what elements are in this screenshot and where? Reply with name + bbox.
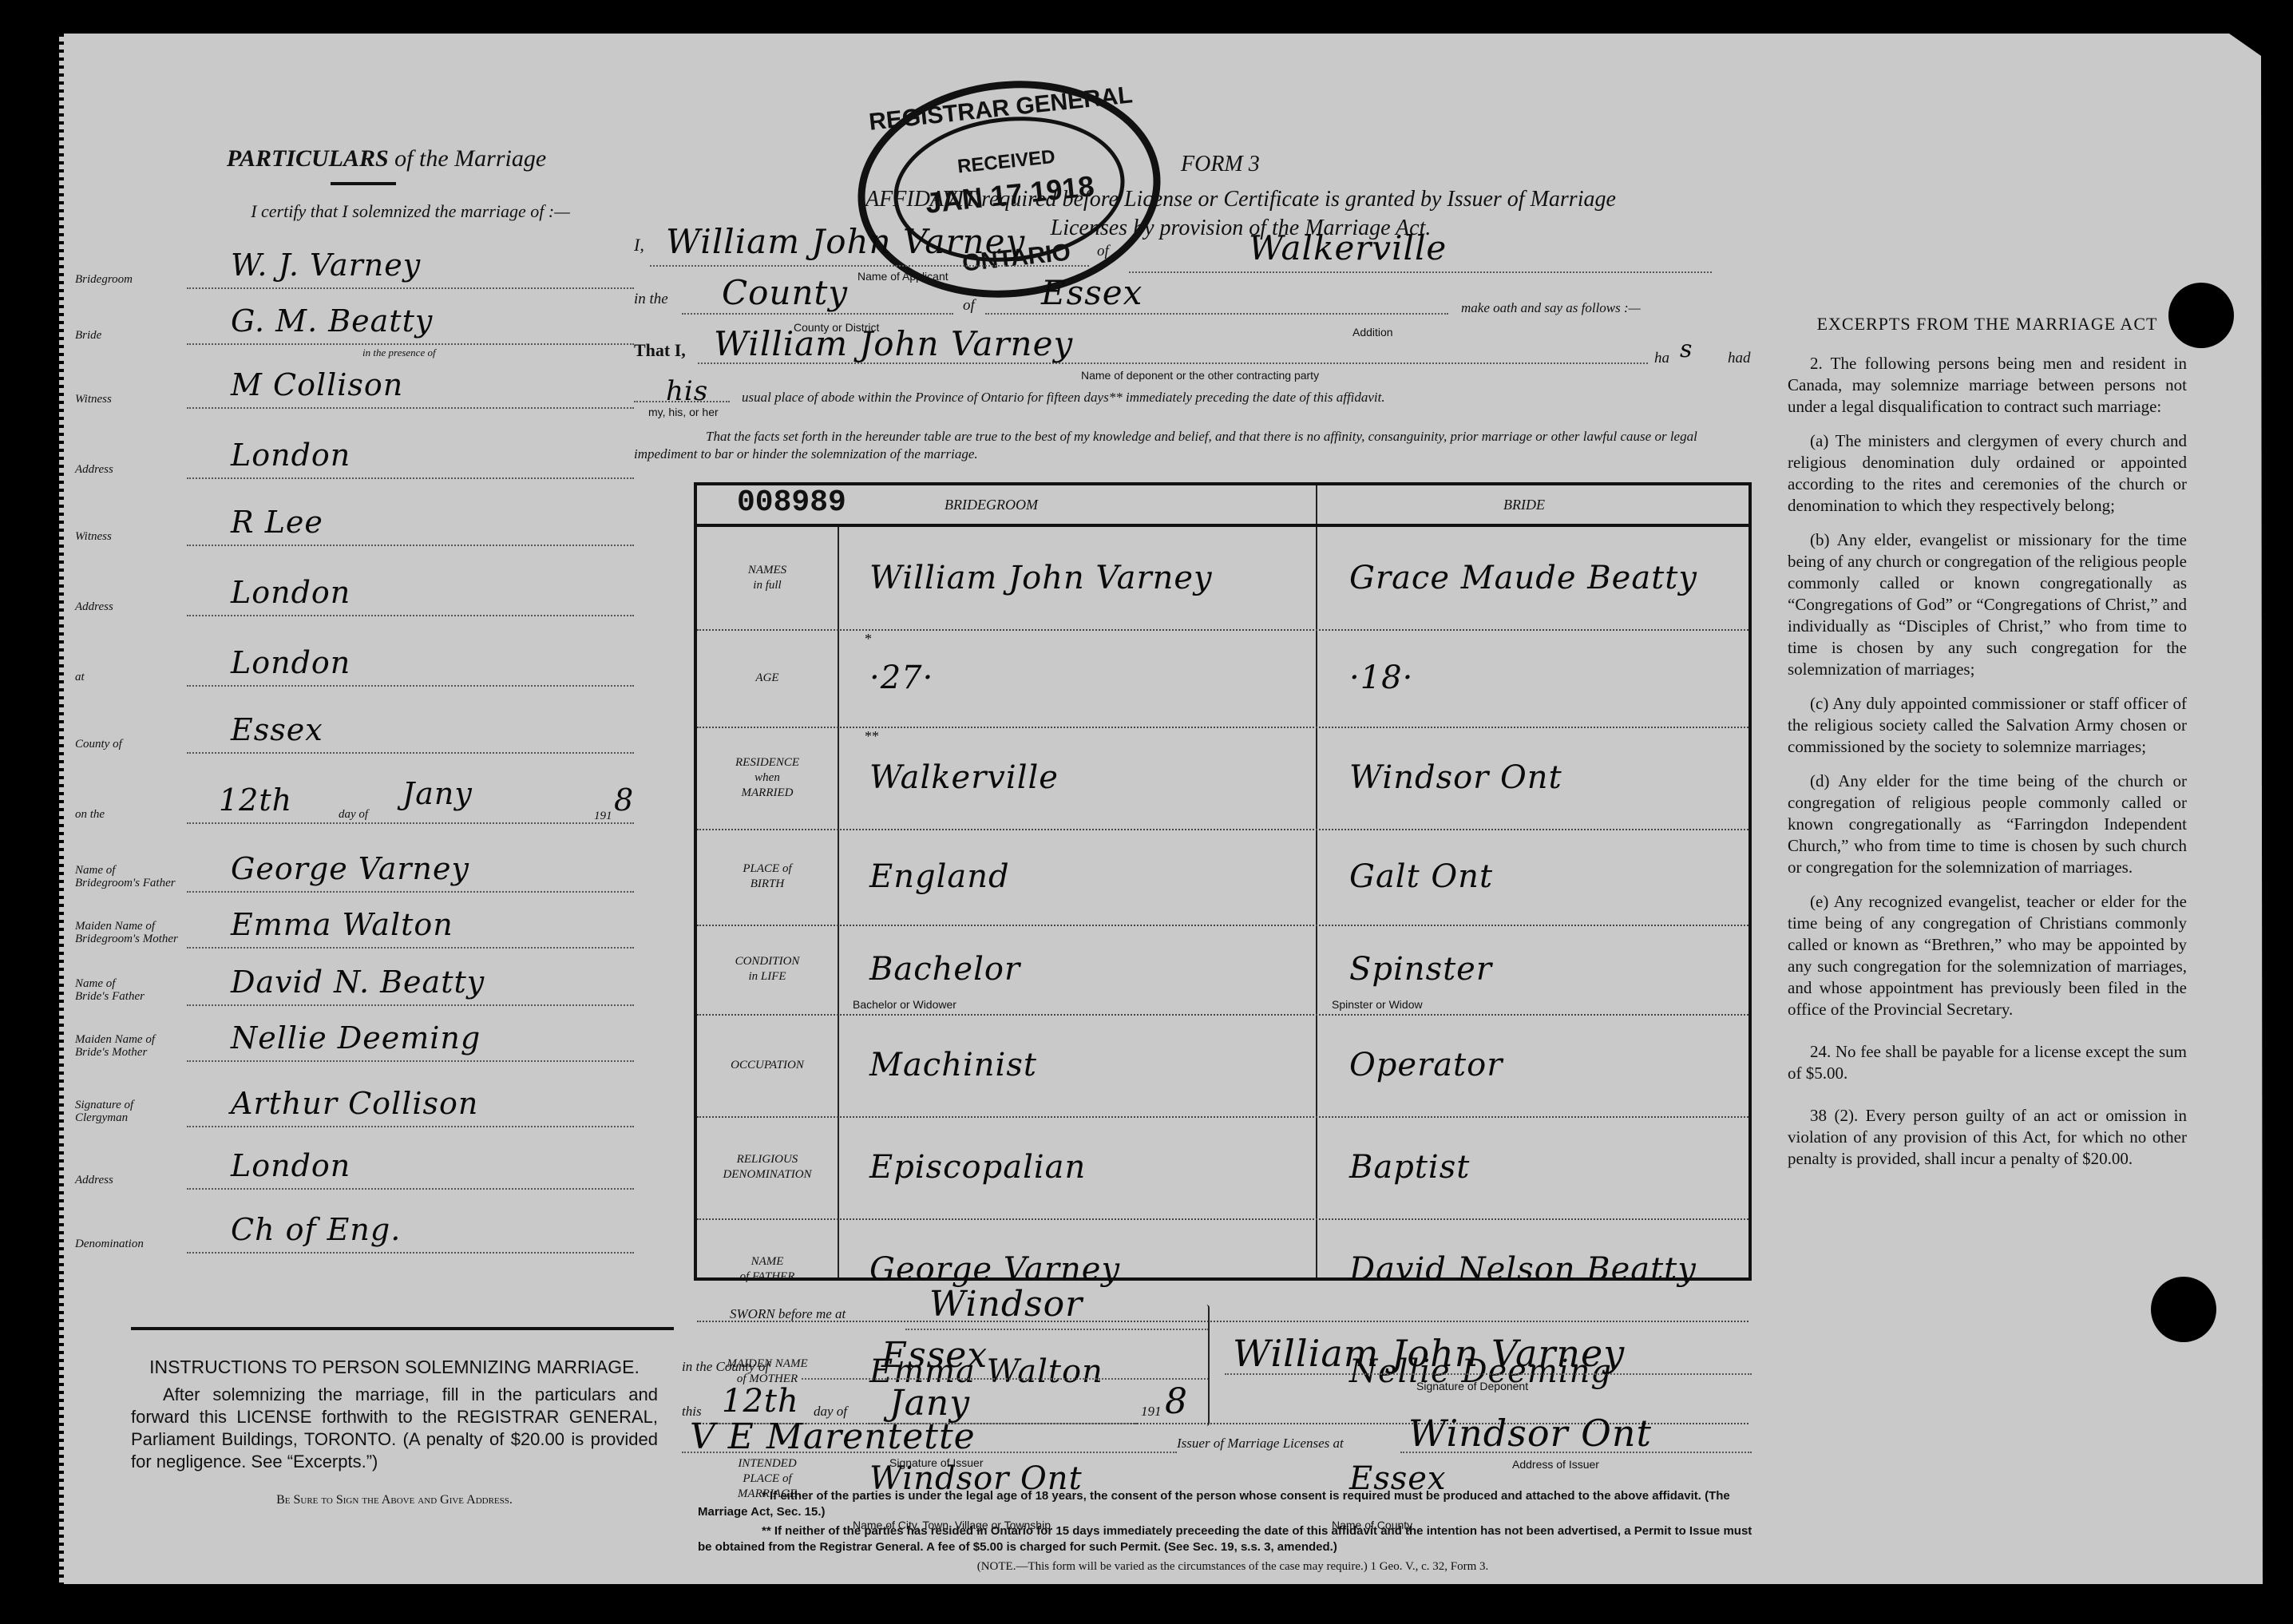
particulars-field-line — [187, 752, 634, 754]
particulars-field-label: Address — [75, 1174, 113, 1186]
particulars-field-value[interactable]: George Varney — [231, 851, 469, 886]
issuer-at-label: Issuer of Marriage Licenses at — [1177, 1436, 1344, 1452]
particulars-field-value[interactable]: David N. Beatty — [231, 964, 485, 1000]
table-row: PLACE of BIRTH England Galt Ont — [697, 829, 1748, 926]
abode-text: usual place of abode within the Province… — [742, 390, 1385, 406]
affidavit-heading-line1: AFFIDAVIT required before License or Cer… — [714, 185, 1768, 214]
in-the-label: in the — [634, 291, 668, 308]
bridegroom-cell[interactable]: Walkerville — [838, 727, 1317, 829]
excerpt-paragraph: 24. No fee shall be payable for a licens… — [1788, 1041, 2187, 1084]
particulars-table: 008989 BRIDEGROOM BRIDE NAMES in full Wi… — [694, 482, 1752, 1281]
bride-cell[interactable]: David Nelson Beatty — [1317, 1218, 1748, 1321]
county-type[interactable]: County — [722, 273, 848, 312]
particulars-field-value[interactable]: W. J. Varney — [231, 248, 421, 283]
that-i-label: That I, — [634, 340, 686, 361]
particulars-field-label: Maiden Name of Bridegroom's Mother — [75, 920, 178, 945]
particulars-field-line — [187, 1126, 634, 1127]
particulars-field-label: on the — [75, 808, 105, 821]
row-label: NAME of FATHER — [697, 1218, 838, 1321]
particulars-field-value[interactable]: London — [231, 1148, 350, 1183]
issuer-address-hint: Address of Issuer — [1512, 1458, 1599, 1471]
bride-cell[interactable]: ·18· — [1317, 629, 1748, 727]
table-row: NAMES in full William John Varney Grace … — [697, 527, 1748, 631]
excerpt-paragraph: (c) Any duly appointed commissioner or s… — [1788, 693, 2187, 758]
deponent-signature[interactable]: William John Varney — [1233, 1332, 1625, 1375]
row-label: RESIDENCE when MARRIED — [697, 727, 838, 829]
sworn-bracket — [1206, 1305, 1210, 1426]
applicant-place[interactable]: Walkerville — [1249, 228, 1447, 267]
issuer-address[interactable]: Windsor Ont — [1408, 1412, 1652, 1455]
bridegroom-cell[interactable]: William John Varney — [838, 527, 1317, 629]
month-value[interactable]: Jany — [402, 776, 473, 811]
particulars-title: PARTICULARS of the Marriage — [139, 145, 634, 172]
pronoun-hint: my, his, or her — [648, 406, 719, 418]
year-value[interactable]: 8 — [614, 782, 634, 818]
bride-cell[interactable]: Grace Maude Beatty — [1317, 527, 1748, 629]
table-row: AGE ·27· ·18· * — [697, 629, 1748, 728]
particulars-field-line — [187, 1004, 634, 1006]
particulars-field-line — [187, 1188, 634, 1190]
instructions-reminder: Be Sure to Sign the Above and Give Addre… — [131, 1489, 658, 1511]
ha-suffix[interactable]: s — [1680, 335, 1693, 363]
table-row: RELIGIOUS DENOMINATION Episcopalian Bapt… — [697, 1116, 1748, 1220]
excerpt-paragraph: (a) The ministers and clergymen of every… — [1788, 430, 2187, 517]
year-label: 191 — [594, 810, 612, 822]
row-label: CONDITION in LIFE — [697, 925, 838, 1014]
sworn-year-label: 191 — [1141, 1404, 1162, 1420]
marriage-record-page: PARTICULARS of the Marriage I certify th… — [59, 34, 2263, 1584]
particulars-field-line — [187, 947, 634, 949]
certify-text: I certify that I solemnized the marriage… — [187, 201, 634, 222]
applicant-name-hint: Name of Applicant — [857, 270, 948, 283]
footnote-note: (NOTE.—This form will be varied as the c… — [698, 1559, 1768, 1574]
particulars-field-line — [187, 822, 634, 824]
particulars-field-label: Signature of Clergyman — [75, 1099, 133, 1124]
of-label-2: of — [963, 297, 975, 315]
particulars-field-line — [187, 1060, 634, 1062]
particulars-title-main: PARTICULARS — [227, 145, 389, 172]
instructions-body: After solemnizing the marriage, fill in … — [131, 1384, 658, 1473]
particulars-field-value[interactable]: Nellie Deeming — [231, 1020, 481, 1056]
marriage-act-excerpts: EXCERPTS FROM THE MARRIAGE ACT 2. The fo… — [1788, 313, 2187, 1182]
row-label: NAMES in full — [697, 527, 838, 629]
particulars-field-label: Address — [75, 463, 113, 476]
issuer-signature-hint: Signature of Issuer — [889, 1456, 984, 1469]
excerpts-paragraphs: 2. The following persons being men and r… — [1788, 353, 2187, 1170]
sworn-county-label: in the County of — [682, 1359, 769, 1375]
serial-number: 008989 — [737, 485, 846, 520]
sworn-county-line — [802, 1378, 1209, 1380]
row-label: OCCUPATION — [697, 1014, 838, 1116]
footnote-age: * If either of the parties is under the … — [698, 1488, 1768, 1520]
instructions-divider — [131, 1327, 674, 1330]
excerpt-paragraph: (e) Any recognized evangelist, teacher o… — [1788, 891, 2187, 1020]
particulars-field-value[interactable]: Ch of Eng. — [231, 1212, 401, 1247]
header-divider — [1316, 485, 1317, 524]
footnote-marker: ** — [865, 728, 879, 745]
instructions-title: INSTRUCTIONS TO PERSON SOLEMNIZING MARRI… — [131, 1355, 658, 1379]
table-row: NAME of FATHER George Varney David Nelso… — [697, 1218, 1748, 1322]
row-label: RELIGIOUS DENOMINATION — [697, 1116, 838, 1218]
particulars-field-label: Bridegroom — [75, 273, 133, 286]
table-row: OCCUPATION Machinist Operator — [697, 1014, 1748, 1118]
bride-cell[interactable]: Baptist — [1317, 1116, 1748, 1218]
punch-hole-top — [2168, 283, 2234, 348]
particulars-field-label: Bride — [75, 329, 101, 342]
particulars-field-value[interactable]: M Collison — [231, 367, 403, 402]
pronoun-value[interactable]: his — [666, 375, 708, 407]
particulars-field-label: County of — [75, 738, 122, 751]
footnote-residence: ** If neither of the parties has resided… — [698, 1523, 1768, 1555]
day-of-label: day of — [339, 808, 368, 821]
sworn-at-label: SWORN before me at — [730, 1306, 846, 1322]
particulars-field-line — [187, 287, 634, 289]
particulars-field-line — [187, 1252, 634, 1254]
particulars-field-line — [187, 407, 634, 409]
particulars-field-line — [187, 615, 634, 616]
particulars-field-line — [187, 685, 634, 687]
bride-cell[interactable]: Windsor Ont — [1317, 727, 1748, 829]
excerpt-paragraph: 38 (2). Every person guilty of an act or… — [1788, 1105, 2187, 1170]
excerpt-paragraph: 2. The following persons being men and r… — [1788, 353, 2187, 418]
punch-hole-bottom — [2151, 1277, 2216, 1342]
particulars-field-value[interactable]: G. M. Beatty — [231, 303, 433, 339]
table-body: NAMES in full William John Varney Grace … — [697, 527, 1748, 1277]
particulars-field-value[interactable]: London — [231, 645, 350, 680]
applicant-name-line — [650, 265, 1089, 267]
particulars-field-line — [187, 477, 634, 479]
sworn-at-line — [905, 1329, 1209, 1330]
had-label: had — [1728, 350, 1751, 367]
sworn-year-value[interactable]: 8 — [1165, 1381, 1188, 1422]
addition-line — [985, 313, 1448, 315]
particulars-field-value[interactable]: R Lee — [231, 505, 323, 540]
table-row: RESIDENCE when MARRIED Walkerville Winds… — [697, 727, 1748, 830]
particulars-field-value[interactable]: Essex — [231, 712, 323, 747]
bridegroom-cell[interactable]: Episcopalian — [838, 1116, 1317, 1218]
facts-statement: That the facts set forth in the hereunde… — [634, 428, 1752, 463]
bridegroom-cell[interactable]: Machinist — [838, 1014, 1317, 1116]
particulars-field-label: at — [75, 671, 85, 683]
particulars-field-label: Denomination — [75, 1238, 144, 1250]
excerpt-paragraph: (d) Any elder for the time being of the … — [1788, 770, 2187, 878]
sworn-at-value[interactable]: Windsor — [929, 1284, 1083, 1325]
oath-text: make oath and say as follows :— — [1461, 300, 1641, 316]
particulars-field-label: Witness — [75, 393, 112, 406]
table-header: 008989 BRIDEGROOM BRIDE — [697, 485, 1748, 527]
excerpts-title: EXCERPTS FROM THE MARRIAGE ACT — [1788, 313, 2187, 335]
column-header-bride: BRIDE — [1503, 497, 1545, 513]
particulars-field-value[interactable]: Emma Walton — [231, 907, 453, 942]
particulars-field-line — [187, 891, 634, 893]
applicant-prefix: I, — [634, 235, 644, 255]
column-header-bridegroom: BRIDEGROOM — [945, 497, 1038, 513]
deponent-signature-hint: Signature of Deponent — [1416, 1380, 1528, 1392]
particulars-title-rest: of the Marriage — [389, 145, 546, 172]
particulars-field-value[interactable]: London — [231, 438, 350, 473]
presence-label: in the presence of — [362, 347, 436, 359]
title-divider — [331, 182, 396, 185]
particulars-field-value[interactable]: London — [231, 575, 350, 610]
row-label: PLACE of BIRTH — [697, 829, 838, 925]
deponent-name[interactable]: William John Varney — [714, 324, 1073, 363]
issuer-signature[interactable]: V E Marentette — [690, 1416, 976, 1457]
ha-label: ha — [1654, 350, 1669, 367]
county-line — [682, 313, 953, 315]
bride-cell[interactable]: Galt Ont — [1317, 829, 1748, 925]
bridegroom-cell[interactable]: England — [838, 829, 1317, 925]
deponent-hint: Name of deponent or the other contractin… — [1081, 369, 1319, 382]
county-name[interactable]: Essex — [1041, 273, 1143, 312]
particulars-field-label: Maiden Name of Bride's Mother — [75, 1033, 155, 1059]
applicant-name[interactable]: William John Varney — [666, 222, 1025, 261]
footnote-marker: * — [865, 631, 872, 648]
table-row: CONDITION in LIFE Bachelor Spinster Bach… — [697, 925, 1748, 1016]
particulars-field-label: Name of Bridegroom's Father — [75, 864, 176, 889]
place-line — [1129, 271, 1712, 273]
instructions-box: INSTRUCTIONS TO PERSON SOLEMNIZING MARRI… — [131, 1355, 658, 1511]
sworn-day-value[interactable]: 12th — [722, 1383, 799, 1420]
sworn-county-value[interactable]: Essex — [881, 1335, 988, 1376]
bride-hint: Spinster or Widow — [1332, 998, 1423, 1011]
particulars-field-value[interactable]: 12th — [219, 782, 292, 818]
excerpt-paragraph: (b) Any elder, evangelist or missionary … — [1788, 529, 2187, 680]
particulars-field-label: Address — [75, 600, 113, 613]
addition-hint: Addition — [1352, 326, 1393, 339]
particulars-field-label: Witness — [75, 530, 112, 543]
bridegroom-hint: Bachelor or Widower — [853, 998, 956, 1011]
of-label: of — [1097, 243, 1109, 260]
particulars-field-line — [187, 343, 634, 345]
bride-cell[interactable]: Operator — [1317, 1014, 1748, 1116]
particulars-field-line — [187, 545, 634, 546]
form-number: FORM 3 — [1181, 152, 1260, 177]
bridegroom-cell[interactable]: ·27· — [838, 629, 1317, 727]
particulars-field-label: Name of Bride's Father — [75, 977, 145, 1003]
row-label: AGE — [697, 629, 838, 727]
particulars-field-value[interactable]: Arthur Collison — [231, 1086, 478, 1121]
